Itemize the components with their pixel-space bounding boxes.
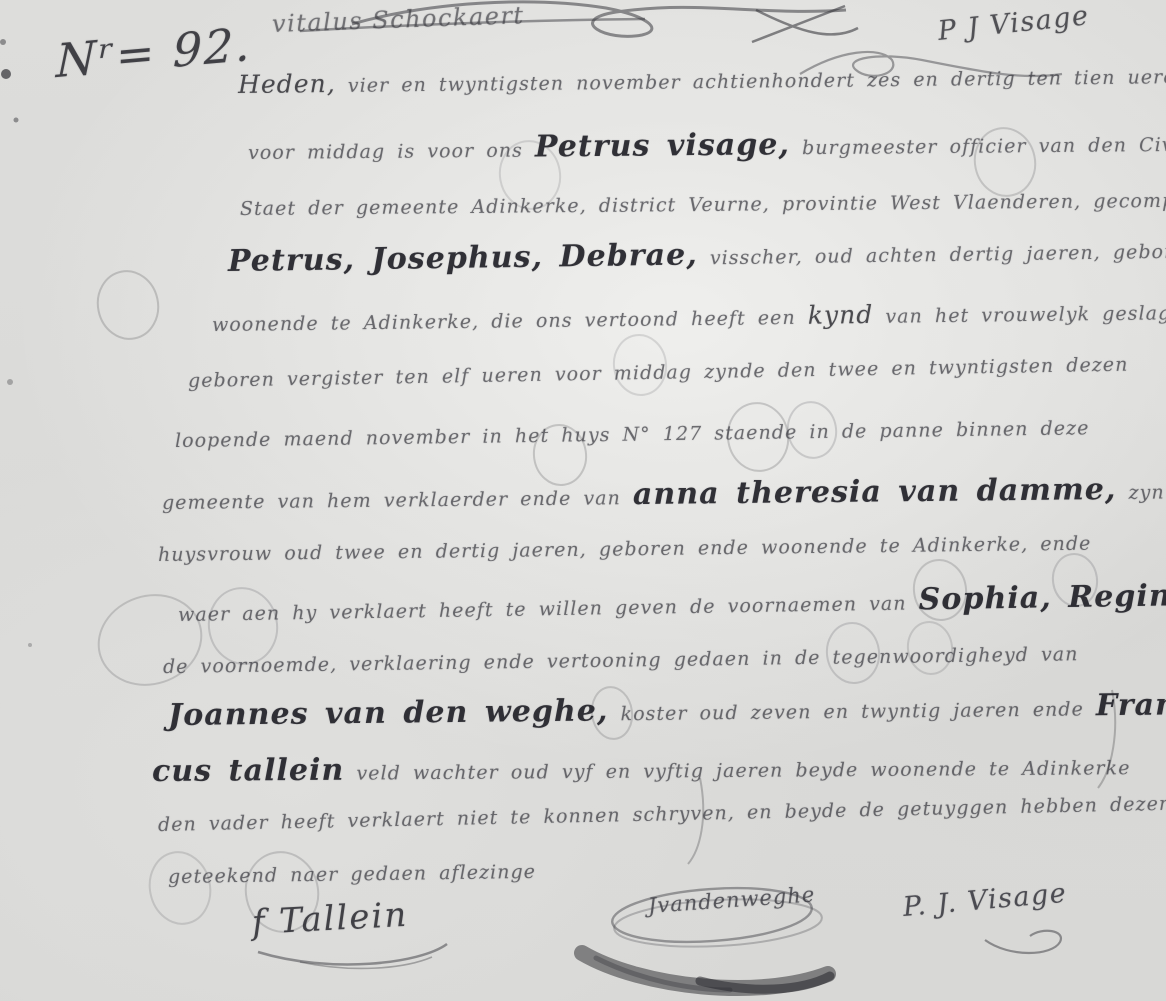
ink-speck — [1, 69, 11, 79]
signature-flourish — [985, 931, 1061, 953]
ink-speck — [0, 39, 6, 45]
body-text: anna theresia van damme, — [633, 472, 1117, 512]
body-text: gemeente van hem verklaerder ende van — [162, 487, 633, 514]
body-text: burgmeester officier van den Civilen — [790, 134, 1166, 160]
body-text: cus tallein — [152, 753, 345, 789]
signature-tallein: f Tallein — [251, 895, 409, 943]
body-text: koster oud zeven en twyntig jaeren ende — [608, 698, 1096, 725]
body-text: Petrus, Josephus, Debrae, — [228, 237, 698, 279]
body-text: Francis- — [1096, 687, 1166, 724]
ink-speck — [28, 643, 32, 647]
body-line: cus tallein veld wachter oud vyf en vyft… — [152, 747, 1131, 789]
body-text: veld wachter oud vyf en vyftig jaeren be… — [344, 757, 1130, 784]
body-text: Joannes van den weghe, — [168, 693, 609, 733]
flourish-loop — [92, 266, 165, 345]
body-text: van het vrouwelyk geslagt — [873, 302, 1166, 328]
body-text: Sophia, Regina — [918, 578, 1166, 617]
body-text: visscher, oud achten dertig jaeren, gebo… — [698, 240, 1166, 270]
body-text: voor middag is voor ons — [248, 139, 535, 164]
ink-speck — [7, 379, 13, 385]
body-text: kynd — [808, 300, 874, 330]
ink-speck — [14, 118, 19, 123]
body-text: Petrus visage, — [535, 127, 790, 164]
document-scan: Nʳ= 92. vitalus Schockaert P J Visage He… — [0, 0, 1166, 1001]
body-text: zyn — [1116, 482, 1164, 505]
body-text: Heden, — [238, 69, 336, 99]
flourish-loop — [143, 847, 217, 930]
